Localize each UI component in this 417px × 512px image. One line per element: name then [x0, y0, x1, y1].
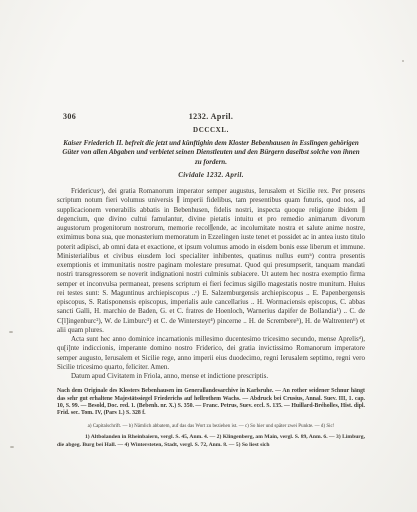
- scan-speck: [402, 60, 404, 62]
- charter-regest: Kaiser Friederich II. befreit die jetzt …: [61, 139, 361, 167]
- charter-text: Fridericusᵃ), dei gratia Romanorum imper…: [57, 187, 365, 381]
- running-head: 1232. April.: [189, 112, 234, 121]
- provenance-note: Nach dem Originale des Klosters Bebenhau…: [57, 388, 365, 417]
- charter-dateline: Cividale 1232. April.: [57, 171, 365, 179]
- letter-footnotes: a) Capitalschrift. — b) Nämlich abbatem,…: [65, 424, 357, 431]
- scan-speck: [10, 446, 14, 448]
- scan-speck: [9, 331, 13, 333]
- numbered-footnotes: 1) Altbolanden in Rheinbaiern, vergl. S.…: [57, 434, 365, 449]
- charter-paragraph-1: Fridericusᵃ), dei gratia Romanorum imper…: [57, 187, 365, 335]
- charter-paragraph-3: Datum apud Civitatem in Friola, anno, me…: [57, 372, 365, 381]
- page-number: 306: [63, 112, 76, 121]
- scanned-book-page: 306 1232. April. DCCCXL. Kaiser Friederi…: [0, 0, 417, 512]
- charter-paragraph-2: Acta sunt hec anno dominice incarnationi…: [57, 335, 365, 372]
- charter-number: DCCCXL.: [57, 126, 365, 134]
